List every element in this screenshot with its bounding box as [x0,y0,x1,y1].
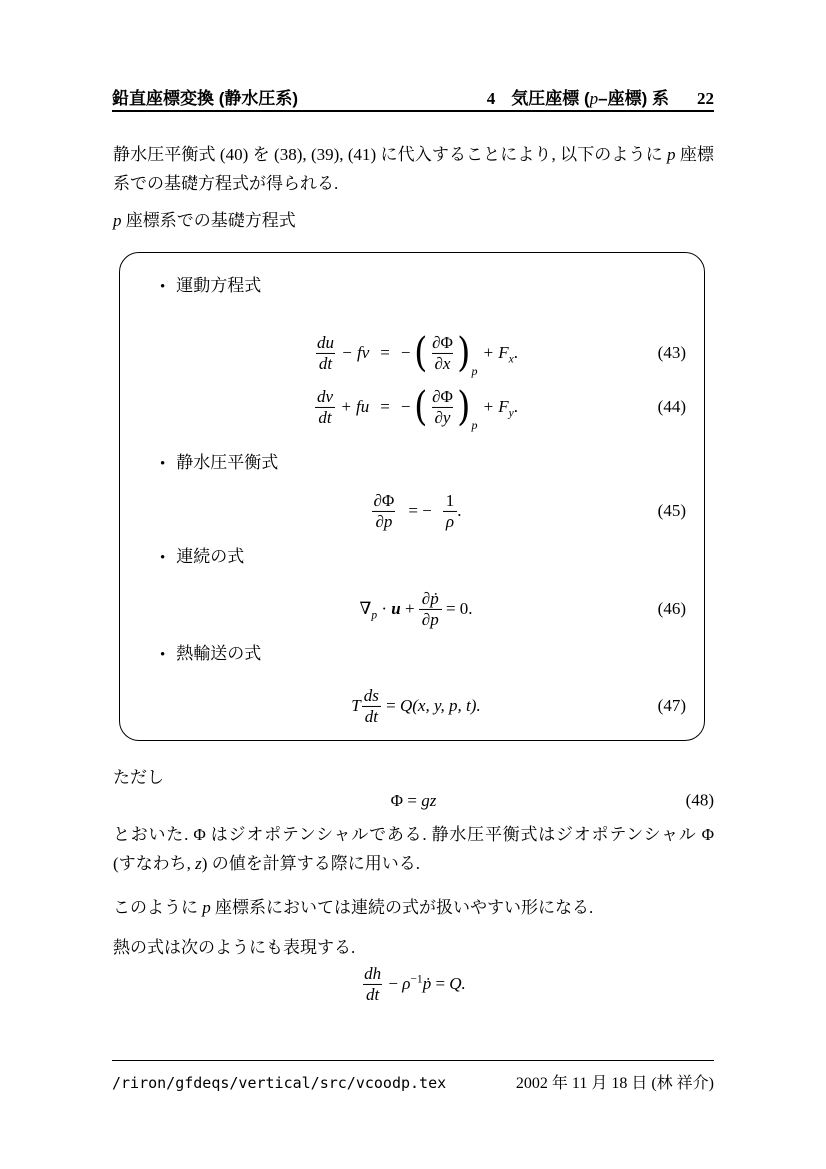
paren-subscript: p [472,364,478,378]
tadashi-text: ただし [113,763,714,792]
fraction-dpdot-dp: ∂ṗ∂p [419,589,442,629]
velocity-vector: u [391,599,400,618]
page-header: 鉛直座標変換 (静水圧系) 4 気圧座標 (p–座標) 系 22 [112,84,714,112]
box-heading-text: 座標系での基礎方程式 [122,211,296,230]
equation-46: ∇p · u + ∂ṗ∂p = 0. (46) [146,589,686,629]
fraction-dphi-dp: ∂Φ∂p [370,491,397,531]
equation-number: (46) [658,599,686,619]
equation-heat-alt: dhdt − ρ−1ṗ = Q. [113,964,714,1004]
rhs-zero: = 0. [442,599,473,619]
remark-p-paragraph: このように p 座標系においては連続の式が扱いやすい形になる. [113,893,714,922]
bullet-label: 運動方程式 [176,271,261,296]
equation-43: dudt − fv = − ( ∂Φ∂x ) p + Fx. (43) [146,333,686,373]
nabla-symbol: ∇ [359,599,371,618]
right-paren: ) [457,334,470,372]
header-chapter-title: 鉛直座標変換 (静水圧系) [112,84,298,109]
equation-45: ∂Φ∂p = − 1ρ . (45) [146,491,686,531]
remark-p-var: p [202,898,211,917]
box-heading-var-p: p [113,211,122,230]
equation-43-content: dudt − fv = − ( ∂Φ∂x ) p + Fx. [146,333,686,373]
remark-p-text-2: 座標系においては連続の式が扱いやすい形になる. [211,898,594,917]
equation-heat-alt-content: dhdt − ρ−1ṗ = Q. [113,964,714,1004]
bullet-icon: • [160,550,165,567]
fraction-dphi-dy: ∂Φ∂y [429,387,456,427]
fraction-dh-dt: dhdt [361,964,384,1004]
bullet-item-heat: • 熱輸送の式 [160,639,261,664]
bullet-label: 静水圧平衡式 [176,448,278,473]
bullet-icon: • [160,456,165,473]
paren-subscript: p [472,418,478,432]
after48-text-2: ) の値を計算する際に用いる. [202,854,420,873]
remark-heat-paragraph: 熱の式は次のようにも表現する. [113,933,714,962]
bullet-label: 連続の式 [176,542,244,567]
equation-number: (44) [658,397,686,417]
intro-text-1: 静水圧平衡式 (40) を (38), (39), (41) に代入することによ… [113,145,667,164]
equation-44: dvdt + fu = − ( ∂Φ∂y ) p + Fy. (44) [146,387,686,427]
rhs-tail: + Fy. [483,397,518,417]
lhs-operator: − fv [337,343,369,363]
rhs-heating: = Q(x, y, p, t). [382,696,481,716]
equation-48: Φ = gz (48) [113,791,714,811]
fraction-ds-dt: dsdt [361,686,382,726]
equation-47: T dsdt = Q(x, y, p, t). (47) [146,686,686,726]
intro-paragraph: 静水圧平衡式 (40) を (38), (39), (41) に代入することによ… [113,140,714,198]
header-section: 4 気圧座標 (p–座標) 系 22 [487,84,714,109]
minus-sign: − [401,343,411,363]
fraction-1-rho: 1ρ [443,491,458,531]
geopotential-definition: Φ = gz [391,791,437,811]
left-paren: ( [415,334,428,372]
bullet-item-continuity: • 連続の式 [160,542,244,567]
equation-47-content: T dsdt = Q(x, y, p, t). [146,686,686,726]
bullet-item-hydrostatic: • 静水圧平衡式 [160,448,278,473]
temperature-symbol: T [351,696,360,716]
bullet-icon: • [160,279,165,296]
after-eq48-paragraph: とおいた. Φ はジオポテンシャルである. 静水圧平衡式はジオポテンシャル Φ … [113,820,714,878]
period: . [457,501,461,521]
fraction-du-dt: dudt [314,333,337,373]
remark-p-text-1: このように [113,898,202,917]
bullet-label: 熱輸送の式 [176,639,261,664]
section-title: 気圧座標 (p–座標) 系 [511,84,669,109]
bullet-item-motion: • 運動方程式 [160,271,261,296]
equals-sign: = [380,397,390,417]
equation-46-content: ∇p · u + ∂ṗ∂p = 0. [146,589,686,629]
fraction-dv-dt: dvdt [314,387,336,427]
equation-48-content: Φ = gz [113,791,714,811]
divergence-term: ∇p · u + [359,599,418,619]
equation-44-content: dvdt + fu = − ( ∂Φ∂y ) p + Fy. [146,387,686,427]
phi-symbol: Φ [391,791,403,810]
source-file-path: /riron/gfdeqs/vertical/src/vcoodp.tex [112,1074,446,1092]
page-number: 22 [697,89,714,109]
rhs-tail: + Fx. [483,343,518,363]
intro-var-p: p [667,145,676,164]
equation-box: • 運動方程式 dudt − fv = − ( ∂Φ∂x ) p + Fx. (… [119,252,705,741]
equals-sign: = [380,343,390,363]
equation-number: (48) [686,791,714,811]
section-number: 4 [487,89,496,109]
page-footer: /riron/gfdeqs/vertical/src/vcoodp.tex 20… [112,1060,714,1093]
dot-operator: · [377,599,391,618]
after48-var-z: z [195,854,202,873]
right-paren: ) [457,388,470,426]
plus-sign: + [401,599,419,618]
section-title-pre: 気圧座標 ( [511,89,589,108]
box-heading: p 座標系での基礎方程式 [113,206,714,235]
equation-number: (45) [658,501,686,521]
equals-minus: = − [408,501,431,521]
equation-number: (43) [658,343,686,363]
minus-sign: − [401,397,411,417]
bullet-icon: • [160,647,165,664]
section-title-post: –座標) 系 [598,89,669,108]
equation-number: (47) [658,696,686,716]
section-title-var-p: p [590,89,599,108]
fraction-dphi-dx: ∂Φ∂x [429,333,456,373]
enthalpy-rhs: − ρ−1ṗ = Q. [384,974,466,994]
left-paren: ( [415,388,428,426]
equation-45-content: ∂Φ∂p = − 1ρ . [146,491,686,531]
date-author: 2002 年 11 月 18 日 (林 祥介) [516,1070,714,1093]
document-page: 鉛直座標変換 (静水圧系) 4 気圧座標 (p–座標) 系 22 静水圧平衡式 … [0,0,826,1169]
lhs-operator: + fu [336,397,369,417]
